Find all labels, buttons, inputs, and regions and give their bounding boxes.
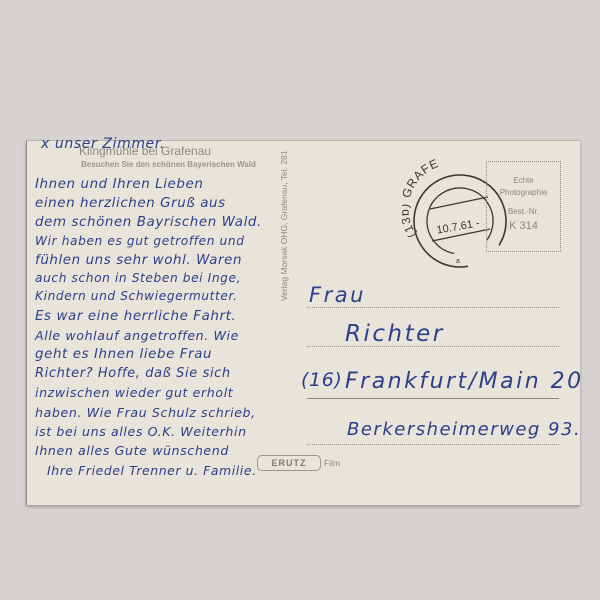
postmark-date: 10.7.61 - [436, 217, 481, 236]
address-dotted-line [307, 307, 559, 308]
film-label: Film [324, 458, 340, 468]
address-salutation: Frau [309, 283, 366, 307]
message-line: einen herzlichen Gruß aus [35, 196, 226, 211]
message-line: ist bei uns alles O.K. Weiterhin [35, 424, 247, 439]
message-line: Kindern und Schwiegermutter. [35, 289, 237, 303]
message-line: Wir haben es gut getroffen und [35, 234, 245, 248]
postcard: Klingmühle bei Grafenau Besuchen Sie den… [26, 140, 580, 505]
message-line: Ihnen und Ihren Lieben [35, 177, 203, 192]
photo-box-line3: Best.-Nr. [487, 207, 560, 216]
message-line: geht es Ihnen liebe Frau [35, 347, 212, 362]
message-signature: Ihre Friedel Trenner u. Familie. [47, 463, 257, 478]
publisher-imprint: Verlag Morsak OHG, Grafenau, Tel. 281 [279, 150, 289, 301]
handwritten-note-top: x unser Zimmer. [41, 136, 165, 152]
message-line: fühlen uns sehr wohl. Waren [35, 253, 242, 268]
address-zip-prefix: (16) [301, 369, 342, 391]
address-underline [307, 398, 559, 399]
address-street: Berkersheimerweg 93. [347, 419, 581, 440]
printed-subtitle: Besuchen Sie den schönen Bayerischen Wal… [81, 160, 256, 169]
photo-box-line1: Echte [487, 176, 560, 185]
message-line: dem schönen Bayrischen Wald. [35, 215, 262, 230]
address-name: Richter [345, 321, 445, 347]
photo-box-line2: Photographie [487, 188, 560, 197]
message-line: Es war eine herrliche Fahrt. [35, 309, 236, 324]
message-line: Ihnen alles Gute wünschend [35, 443, 229, 458]
address-city: Frankfurt/Main 20 [345, 369, 584, 394]
message-line: Alle wohlauf angetroffen. Wie [35, 328, 239, 343]
message-line: haben. Wie Frau Schulz schrieb, [35, 405, 256, 420]
photo-info-box: Echte Photographie Best.-Nr. K 314 [486, 161, 561, 252]
postmark-letter: a [456, 258, 460, 265]
photo-box-line4: K 314 [487, 220, 560, 232]
film-brand-logo: ERUTZ [257, 455, 321, 471]
message-line: Richter? Hoffe, daß Sie sich [35, 366, 231, 381]
message-line: auch schon in Steben bei Inge, [35, 271, 241, 285]
message-line: inzwischen wieder gut erholt [35, 385, 233, 400]
address-dotted-line [307, 444, 559, 445]
